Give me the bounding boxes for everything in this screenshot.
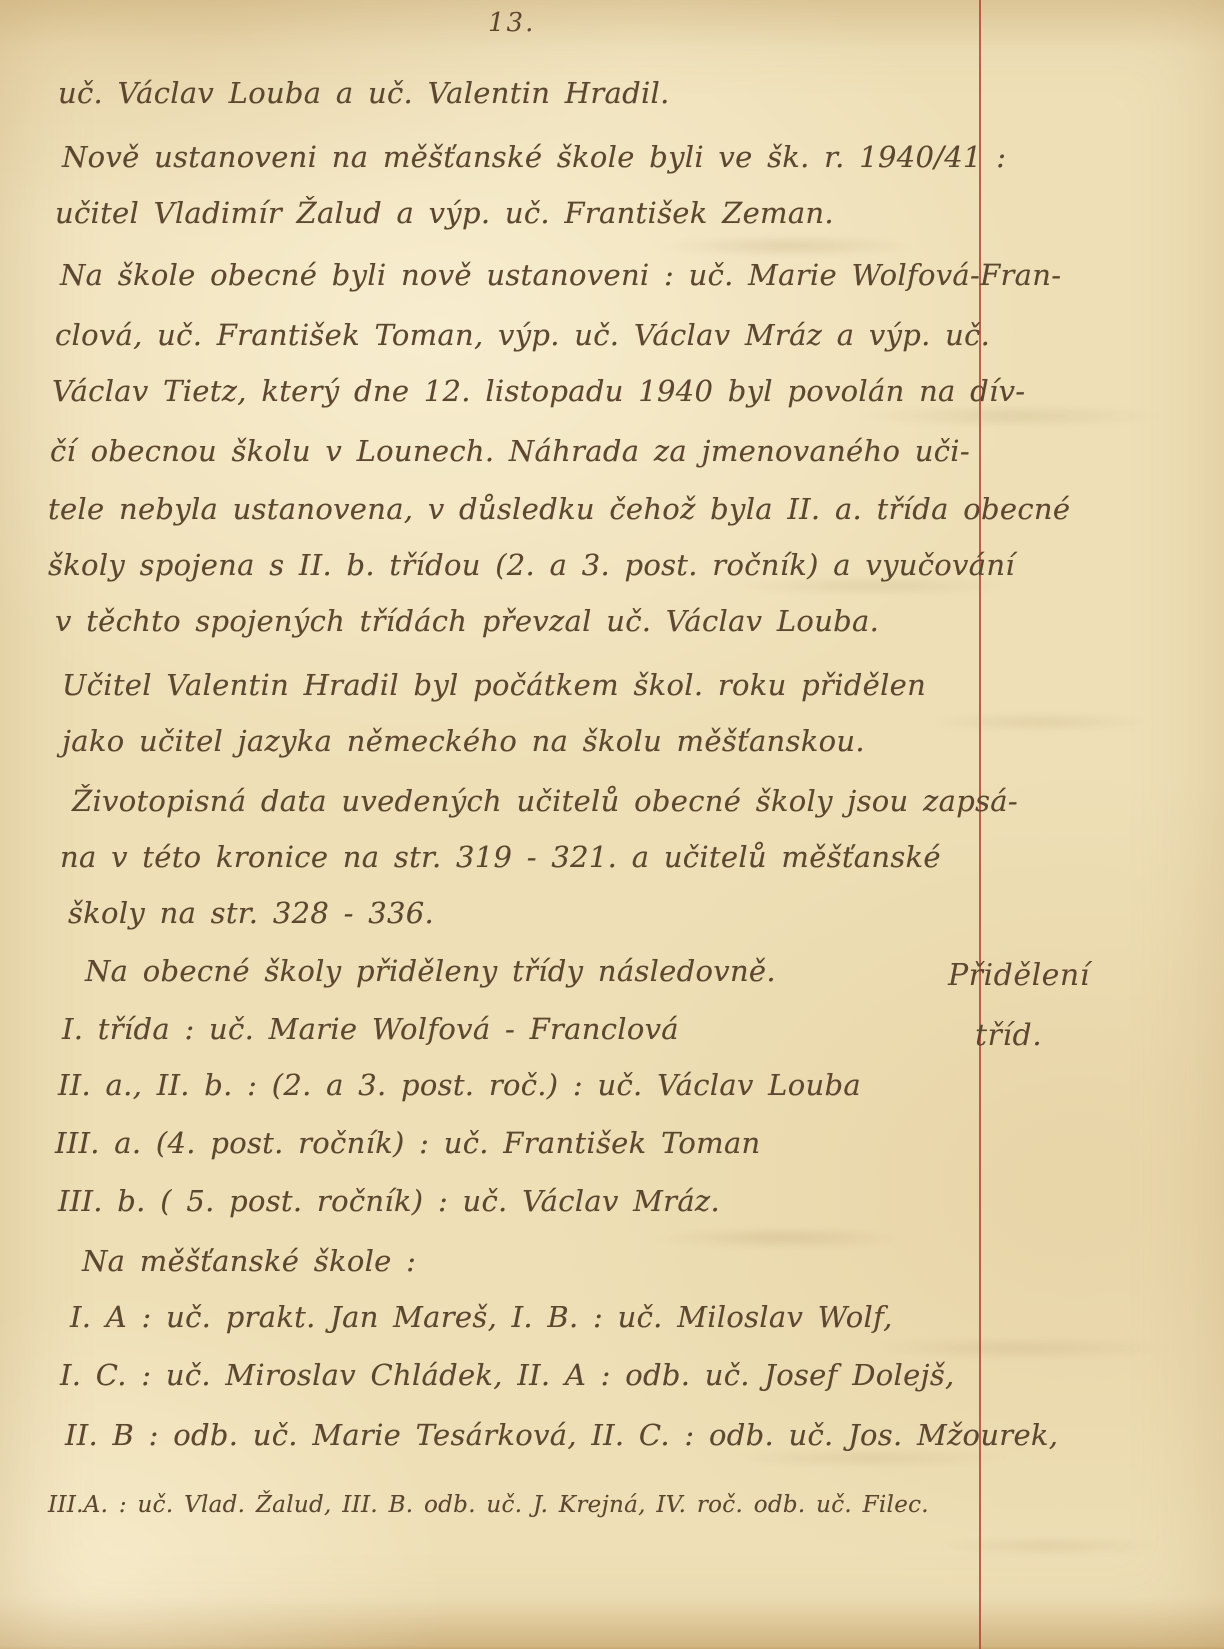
handwritten-line: školy na str. 328 - 336.	[68, 896, 434, 930]
handwritten-line: III. b. ( 5. post. ročník) : uč. Václav …	[58, 1184, 720, 1218]
handwritten-line: Na škole obecné byli nově ustanoveni : u…	[60, 258, 1061, 292]
handwritten-line: učitel Vladimír Žalud a výp. uč. Františ…	[55, 196, 834, 230]
handwritten-line: jako učitel jazyka německého na školu mě…	[62, 724, 865, 758]
handwritten-line: na v této kronice na str. 319 - 321. a u…	[60, 840, 941, 874]
handwritten-line: clová, uč. František Toman, výp. uč. Vác…	[55, 318, 990, 352]
red-margin-rule	[979, 0, 981, 1649]
page-number: 13.	[488, 8, 535, 38]
handwritten-line: III. a. (4. post. ročník) : uč. Františe…	[55, 1126, 761, 1160]
handwritten-line: Na měšťanské škole :	[82, 1244, 416, 1278]
handwritten-line: Nově ustanoveni na měšťanské škole byli …	[62, 140, 1006, 174]
margin-note: Přidělení	[948, 958, 1090, 993]
handwritten-line: tele nebyla ustanovena, v důsledku čehož…	[48, 492, 1070, 526]
handwritten-line: Životopisná data uvedených učitelů obecn…	[72, 784, 1018, 818]
handwritten-line: I. A : uč. prakt. Jan Mareš, I. B. : uč.…	[70, 1300, 893, 1334]
handwritten-line: Václav Tietz, který dne 12. listopadu 19…	[52, 374, 1025, 408]
handwritten-line: uč. Václav Louba a uč. Valentin Hradil.	[58, 76, 670, 110]
handwritten-line: II. B : odb. uč. Marie Tesárková, II. C.…	[65, 1418, 1058, 1452]
handwritten-line: Učitel Valentin Hradil byl počátkem škol…	[62, 668, 926, 702]
handwritten-line: čí obecnou školu v Lounech. Náhrada za j…	[50, 434, 970, 468]
chronicle-page: 13. uč. Václav Louba a uč. Valentin Hrad…	[0, 0, 1224, 1649]
handwritten-line: školy spojena s II. b. třídou (2. a 3. p…	[48, 548, 1015, 582]
handwritten-line: I. C. : uč. Miroslav Chládek, II. A : od…	[60, 1358, 955, 1392]
handwritten-line: I. třída : uč. Marie Wolfová - Franclová	[62, 1012, 679, 1046]
handwritten-line: III.A. : uč. Vlad. Žalud, III. B. odb. u…	[48, 1492, 929, 1518]
handwritten-line: Na obecné školy přiděleny třídy následov…	[85, 954, 776, 988]
handwritten-line: II. a., II. b. : (2. a 3. post. roč.) : …	[58, 1068, 861, 1102]
margin-note: tříd.	[975, 1018, 1042, 1053]
handwritten-line: v těchto spojených třídách převzal uč. V…	[55, 604, 879, 638]
